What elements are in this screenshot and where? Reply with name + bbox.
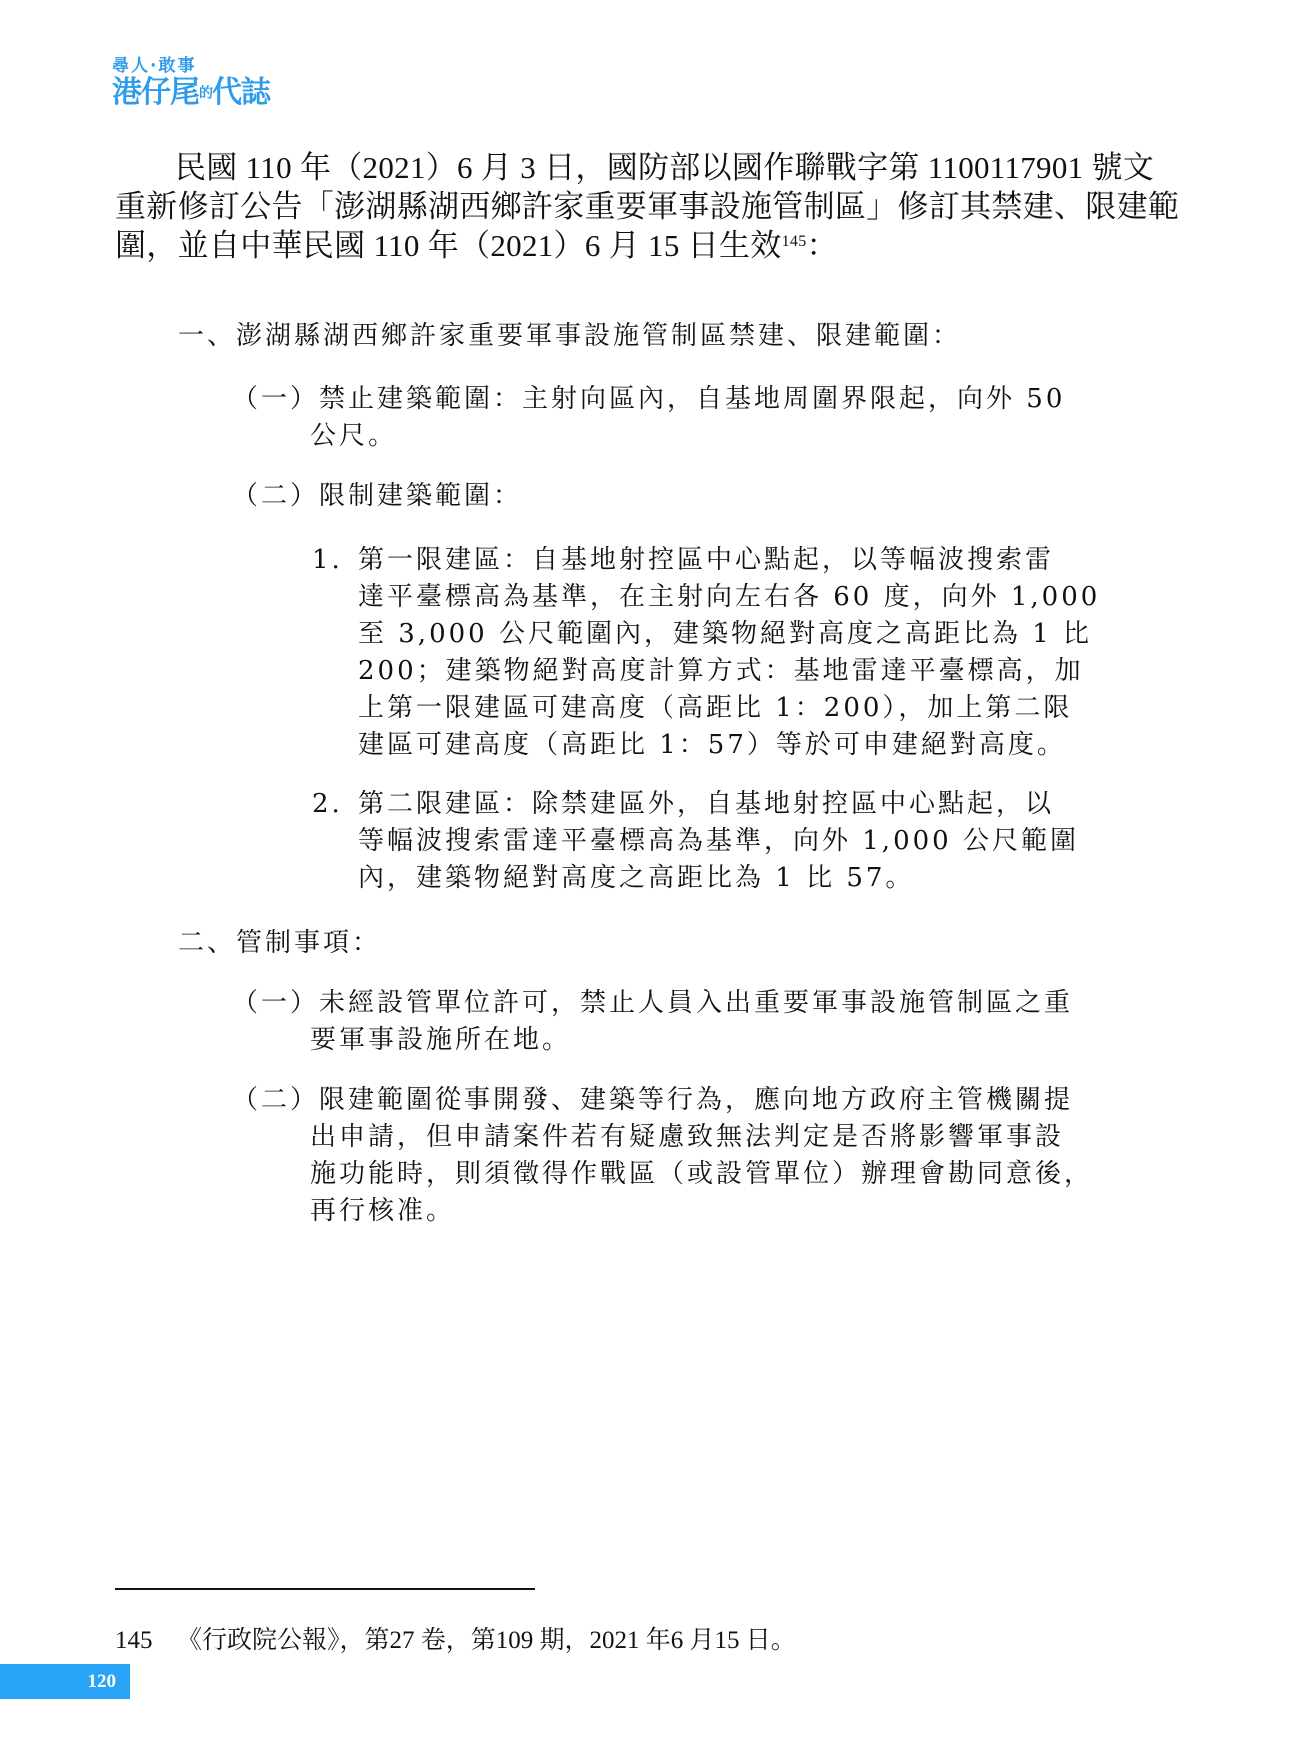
sub-marker: （一） [232,988,319,1018]
intro-paragraph: 民國 110 年（2021）6 月 3 日，國防部以國作聯戰字第 1100117… [115,148,1155,265]
section-1-sub-2: （二）限制建築範圍： [232,478,522,515]
footnote-text: 《行政院公報》，第27 卷，第109 期，2021 年6 月15 日。 [177,1627,796,1654]
publication-logo: 尋人·敢事 港仔尾的代誌 [112,56,270,111]
item-marker: 2. [312,786,358,823]
logo-title-part-a: 港仔尾 [112,75,199,110]
section-2-sub-1: （一）未經設管單位許可，禁止人員入出重要軍事設施管制區之重 要軍事設施所在地。 [232,985,1073,1059]
section-1-item-1: 1.第一限建區：自基地射控區中心點起，以等幅波搜索雷 達平臺標高為基準，在主射向… [312,542,1100,764]
page-number: 120 [0,1664,130,1699]
footnote-number: 145 [115,1627,177,1655]
item-marker: 1. [312,542,358,579]
intro-line: 重新修訂公告「澎湖縣湖西鄉許家重要軍事設施管制區」修訂其禁建、限建範 [115,187,1155,226]
sub-marker: （一） [232,384,319,414]
section-1-heading: 一、澎湖縣湖西鄉許家重要軍事設施管制區禁建、限建範圍： [178,318,961,355]
logo-title-part-b: 代誌 [212,75,270,110]
logo-title: 港仔尾的代誌 [112,76,270,111]
logo-title-small: 的 [199,86,212,102]
intro-line: 圍，並自中華民國 110 年（2021）6 月 15 日生效145： [115,226,1155,265]
section-1-sub-1: （一）禁止建築範圍：主射向區內，自基地周圍界限起，向外 50 公尺。 [232,381,1065,455]
sub-marker: （二） [232,481,319,511]
sub-marker: （二） [232,1085,319,1115]
footnote: 145《行政院公報》，第27 卷，第109 期，2021 年6 月15 日。 [115,1620,796,1656]
logo-subtitle: 尋人·敢事 [112,56,270,76]
section-1-item-2: 2.第二限建區：除禁建區外，自基地射控區中心點起，以 等幅波搜索雷達平臺標高為基… [312,786,1079,897]
intro-line: 民國 110 年（2021）6 月 3 日，國防部以國作聯戰字第 1100117… [115,148,1155,187]
section-2-heading: 二、管制事項： [178,925,381,962]
footnote-reference[interactable]: 145 [782,233,807,250]
footnote-divider [115,1588,535,1590]
section-2-sub-2: （二）限建範圍從事開發、建築等行為，應向地方政府主管機關提 出申請，但申請案件若… [232,1082,1093,1230]
